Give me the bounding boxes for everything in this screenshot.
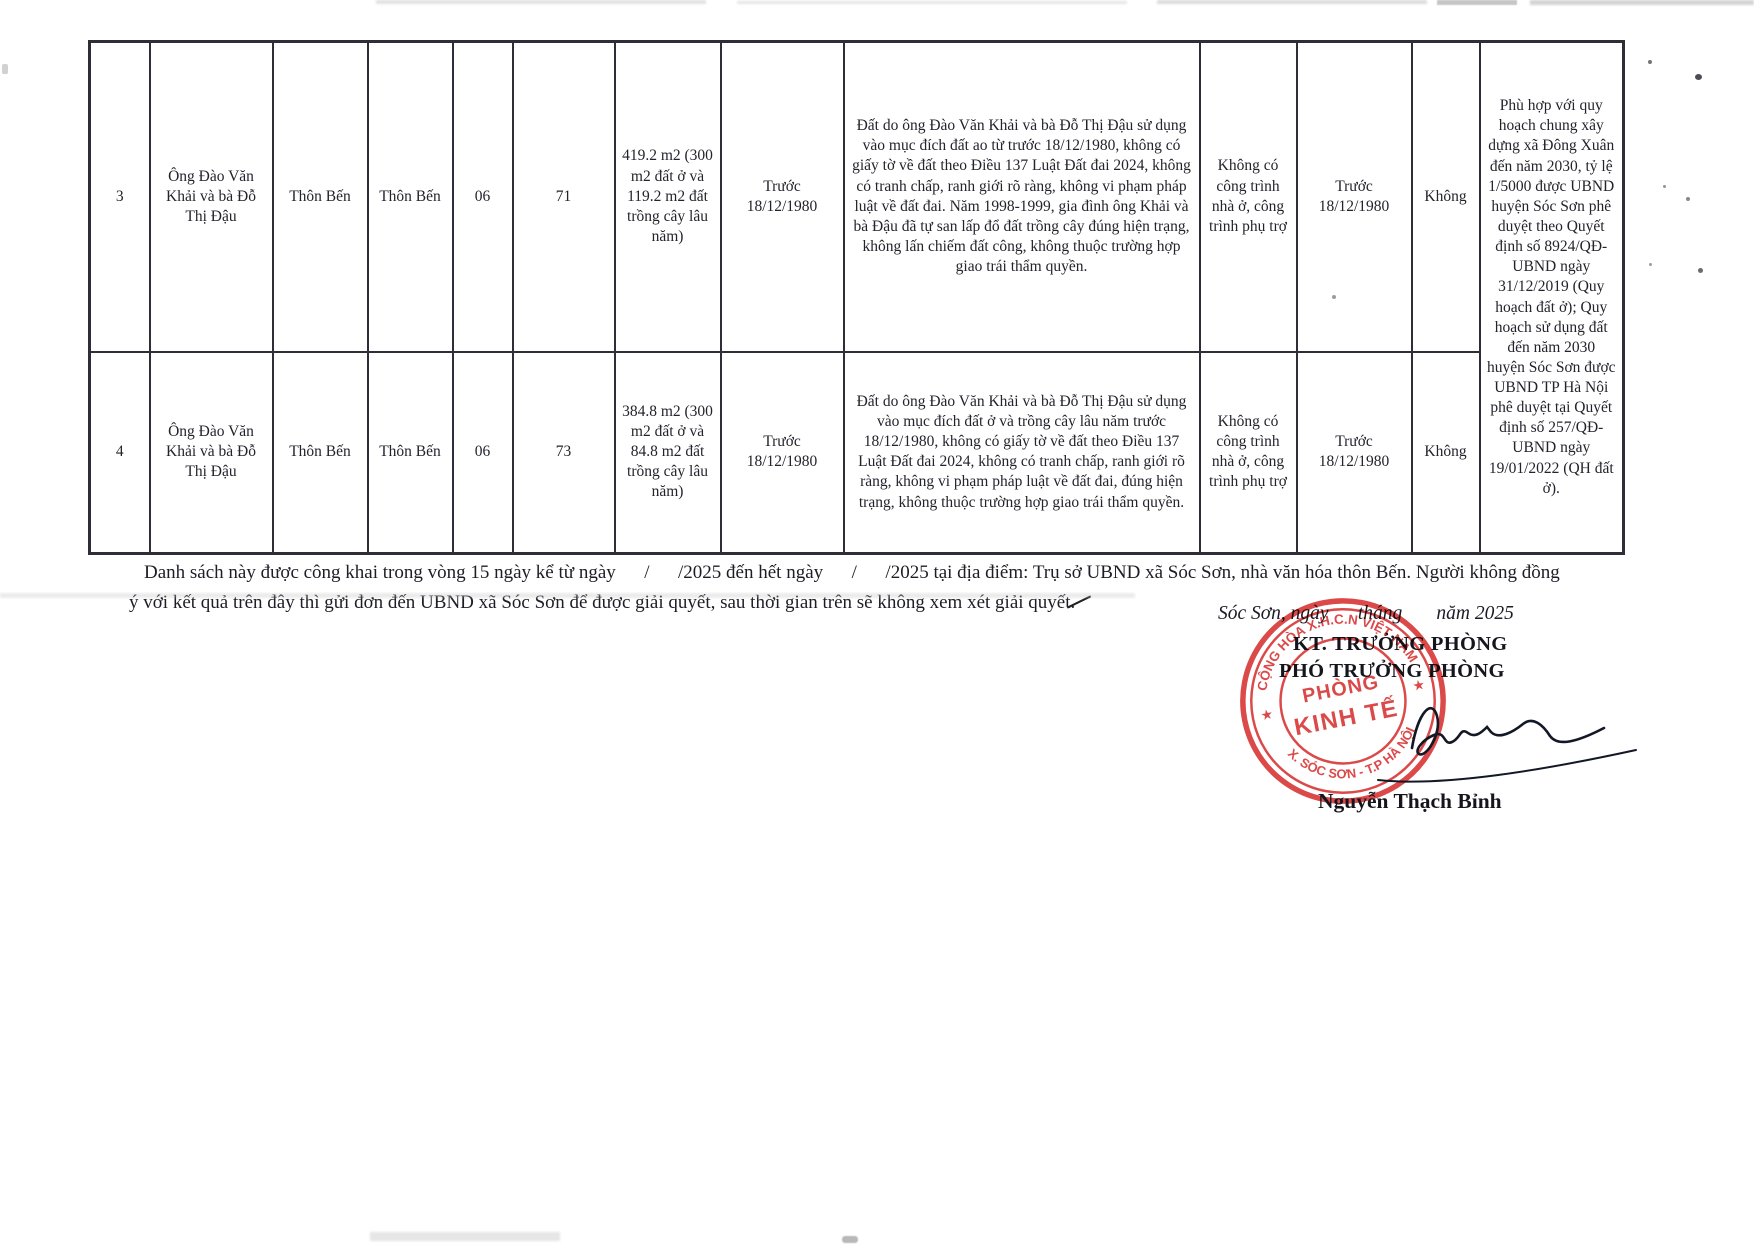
cell-owner-name: Ông Đào Văn Khải và bà Đỗ Thị Đậu bbox=[150, 42, 273, 352]
cell-construction-time: Trước 18/12/1980 bbox=[1297, 42, 1412, 352]
table-row: 3 Ông Đào Văn Khải và bà Đỗ Thị Đậu Thôn… bbox=[90, 42, 1624, 352]
cell-village: Thôn Bến bbox=[273, 352, 368, 554]
cell-village-2: Thôn Bến bbox=[368, 352, 453, 554]
scan-artifact bbox=[842, 1236, 858, 1243]
scan-artifact bbox=[370, 1232, 560, 1241]
scan-artifact bbox=[2, 64, 8, 74]
cell-construction: Không có công trình nhà ở, công trình ph… bbox=[1200, 352, 1297, 554]
public-notice-line-2: ý với kết quả trên đây thì gửi đơn đến U… bbox=[129, 592, 1075, 614]
cell-description: Đất do ông Đào Văn Khải và bà Đỗ Thị Đậu… bbox=[844, 42, 1200, 352]
cell-map-sheet: 06 bbox=[453, 352, 513, 554]
ink-speck bbox=[1648, 60, 1652, 64]
cell-planning-note: Phù hợp với quy hoạch chung xây dựng xã … bbox=[1480, 42, 1624, 554]
cell-use-time: Trước 18/12/1980 bbox=[721, 352, 844, 554]
cell-village-2: Thôn Bến bbox=[368, 42, 453, 352]
cell-parcel: 71 bbox=[513, 42, 615, 352]
cell-parcel: 73 bbox=[513, 352, 615, 554]
ink-speck bbox=[1663, 185, 1666, 188]
land-listing-table: 3 Ông Đào Văn Khải và bà Đỗ Thị Đậu Thôn… bbox=[88, 40, 1625, 555]
scan-artifact bbox=[1157, 0, 1427, 4]
scan-artifact bbox=[737, 1, 1127, 4]
scan-artifact bbox=[1530, 0, 1754, 5]
ink-speck bbox=[1686, 197, 1690, 201]
signer-name: Nguyễn Thạch Bỉnh bbox=[1318, 789, 1502, 814]
cell-area: 384.8 m2 (300 m2 đất ở và 84.8 m2 đất tr… bbox=[615, 352, 721, 554]
scan-artifact bbox=[376, 0, 706, 4]
scan-artifact bbox=[1437, 0, 1517, 5]
cell-use-time: Trước 18/12/1980 bbox=[721, 42, 844, 352]
stamp-star-left-icon: ★ bbox=[1259, 705, 1274, 723]
table-row: 4 Ông Đào Văn Khải và bà Đỗ Thị Đậu Thôn… bbox=[90, 352, 1624, 554]
ink-speck bbox=[1698, 268, 1703, 273]
cell-area: 419.2 m2 (300 m2 đất ở và 119.2 m2 đất t… bbox=[615, 42, 721, 352]
signature-stroke bbox=[1372, 684, 1642, 794]
cell-owner-name: Ông Đào Văn Khải và bà Đỗ Thị Đậu bbox=[150, 352, 273, 554]
scanned-document-page: 3 Ông Đào Văn Khải và bà Đỗ Thị Đậu Thôn… bbox=[0, 0, 1754, 1245]
cell-description: Đất do ông Đào Văn Khải và bà Đỗ Thị Đậu… bbox=[844, 352, 1200, 554]
cell-dispute: Không bbox=[1412, 352, 1480, 554]
cell-stt: 4 bbox=[90, 352, 150, 554]
cell-dispute: Không bbox=[1412, 42, 1480, 352]
cell-construction: Không có công trình nhà ở, công trình ph… bbox=[1200, 42, 1297, 352]
ink-speck bbox=[1649, 263, 1652, 266]
cell-stt: 3 bbox=[90, 42, 150, 352]
cell-map-sheet: 06 bbox=[453, 42, 513, 352]
cell-village: Thôn Bến bbox=[273, 42, 368, 352]
cell-construction-time: Trước 18/12/1980 bbox=[1297, 352, 1412, 554]
ink-speck bbox=[1695, 74, 1702, 80]
